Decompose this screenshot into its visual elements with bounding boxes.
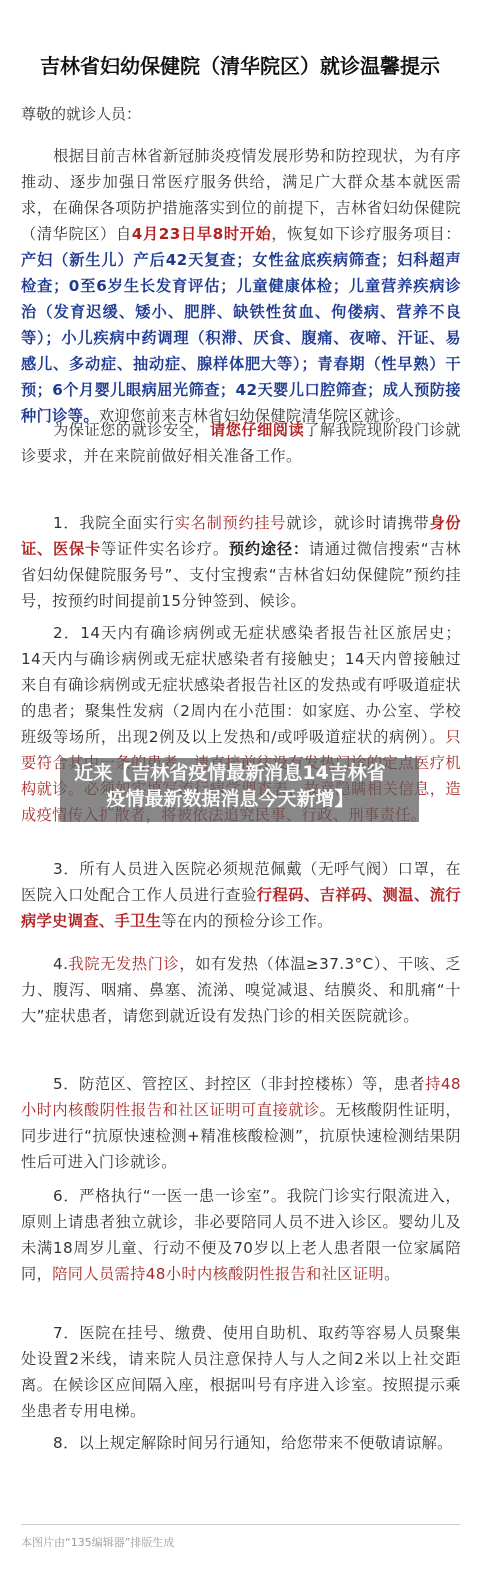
item-number: 1． bbox=[53, 514, 79, 532]
item-number: 2． bbox=[53, 624, 80, 642]
real-name-booking: 实名制预约挂号 bbox=[175, 514, 286, 532]
item-text: 。 bbox=[384, 1265, 400, 1283]
intro-text-b: ，恢复如下诊疗服务项目： bbox=[271, 225, 461, 243]
footer-divider bbox=[21, 1524, 460, 1525]
no-fever-clinic: 我院无发热门诊 bbox=[68, 955, 179, 973]
item-text: 以上规定解除时间另行通知，给您带来不便敬请谅解。 bbox=[79, 1434, 453, 1452]
page-title: 吉林省妇幼保健院（清华院区）就诊温馨提示 bbox=[0, 50, 480, 79]
item-text: 14天内有确诊病例或无症状感染者报告社区旅居史；14天内与确诊病例或无症状感染者… bbox=[21, 624, 461, 746]
booking-channel-label: 预约途径： bbox=[229, 540, 309, 558]
item-6: 6．严格执行“一医一患一诊室”。我院门诊实行限流进入，原则上请患者独立就诊，非必… bbox=[21, 1183, 461, 1287]
item-number: 8． bbox=[53, 1434, 79, 1452]
item-text: 防范区、管控区、封控区（非封控楼栋）等，患者 bbox=[79, 1075, 425, 1093]
intro-paragraph: 根据目前吉林省新冠肺炎疫情发展形势和防控现状，为有序推动、逐步加强日常医疗服务供… bbox=[21, 143, 461, 429]
start-date: 4月23日早8时开始 bbox=[132, 225, 272, 243]
item-number: 7． bbox=[53, 1324, 79, 1342]
service-list: 产妇（新生儿）产后42天复查；女性盆底疾病筛查；妇科超声检查；0至6岁生长发育评… bbox=[21, 251, 461, 425]
item-4: 4.我院无发热门诊，如有发热（体温≥37.3°C）、干咳、乏力、腹泻、咽痛、鼻塞… bbox=[21, 951, 461, 1029]
item-text: 我院全面实行 bbox=[79, 514, 175, 532]
item-text: 就诊，就诊时请携带 bbox=[286, 514, 429, 532]
item-1: 1．我院全面实行实名制预约挂号就诊，就诊时请携带身份证、医保卡等证件实名诊疗。预… bbox=[21, 510, 461, 614]
greeting: 尊敬的就诊人员： bbox=[21, 103, 141, 124]
item-text: 等在内的预检分诊工作。 bbox=[161, 912, 332, 930]
item-7: 7．医院在挂号、缴费、使用自助机、取药等容易人员聚集处设置2米线，请来院人员注意… bbox=[21, 1320, 461, 1424]
item-text: 等证件实名诊疗。 bbox=[101, 540, 229, 558]
item-text: 医院在挂号、缴费、使用自助机、取药等容易人员聚集处设置2米线，请来院人员注意保持… bbox=[21, 1324, 461, 1420]
item-number: 3． bbox=[53, 860, 79, 878]
notice-paragraph: 为保证您的就诊安全，请您仔细阅读了解我院现阶段门诊就诊要求，并在来院前做好相关准… bbox=[21, 417, 461, 469]
footer-credit: 本图片由“135编辑器”排版生成 bbox=[21, 1534, 174, 1550]
companion-requirement: 陪同人员需持48小时内核酸阴性报告和社区证明 bbox=[52, 1265, 384, 1283]
item-number: 5． bbox=[53, 1075, 79, 1093]
item-3: 3．所有人员进入医院必须规范佩戴（无呼气阀）口罩，在医院入口处配合工作人员进行查… bbox=[21, 856, 461, 934]
overlay-banner-text: 近来【吉林省疫情最新消息14吉林省疫情最新数据消息今天新增】 bbox=[70, 760, 390, 812]
item-5: 5．防范区、管控区、封控区（非封控楼栋）等，患者持48小时内核酸阴性报告和社区证… bbox=[21, 1071, 461, 1175]
item-8: 8．以上规定解除时间另行通知，给您带来不便敬请谅解。 bbox=[21, 1430, 461, 1456]
item-number: 4. bbox=[53, 955, 68, 973]
read-carefully-emphasis: 请您仔细阅读 bbox=[210, 421, 304, 439]
notice-text-a: 为保证您的就诊安全， bbox=[53, 421, 210, 439]
item-number: 6． bbox=[53, 1187, 79, 1205]
